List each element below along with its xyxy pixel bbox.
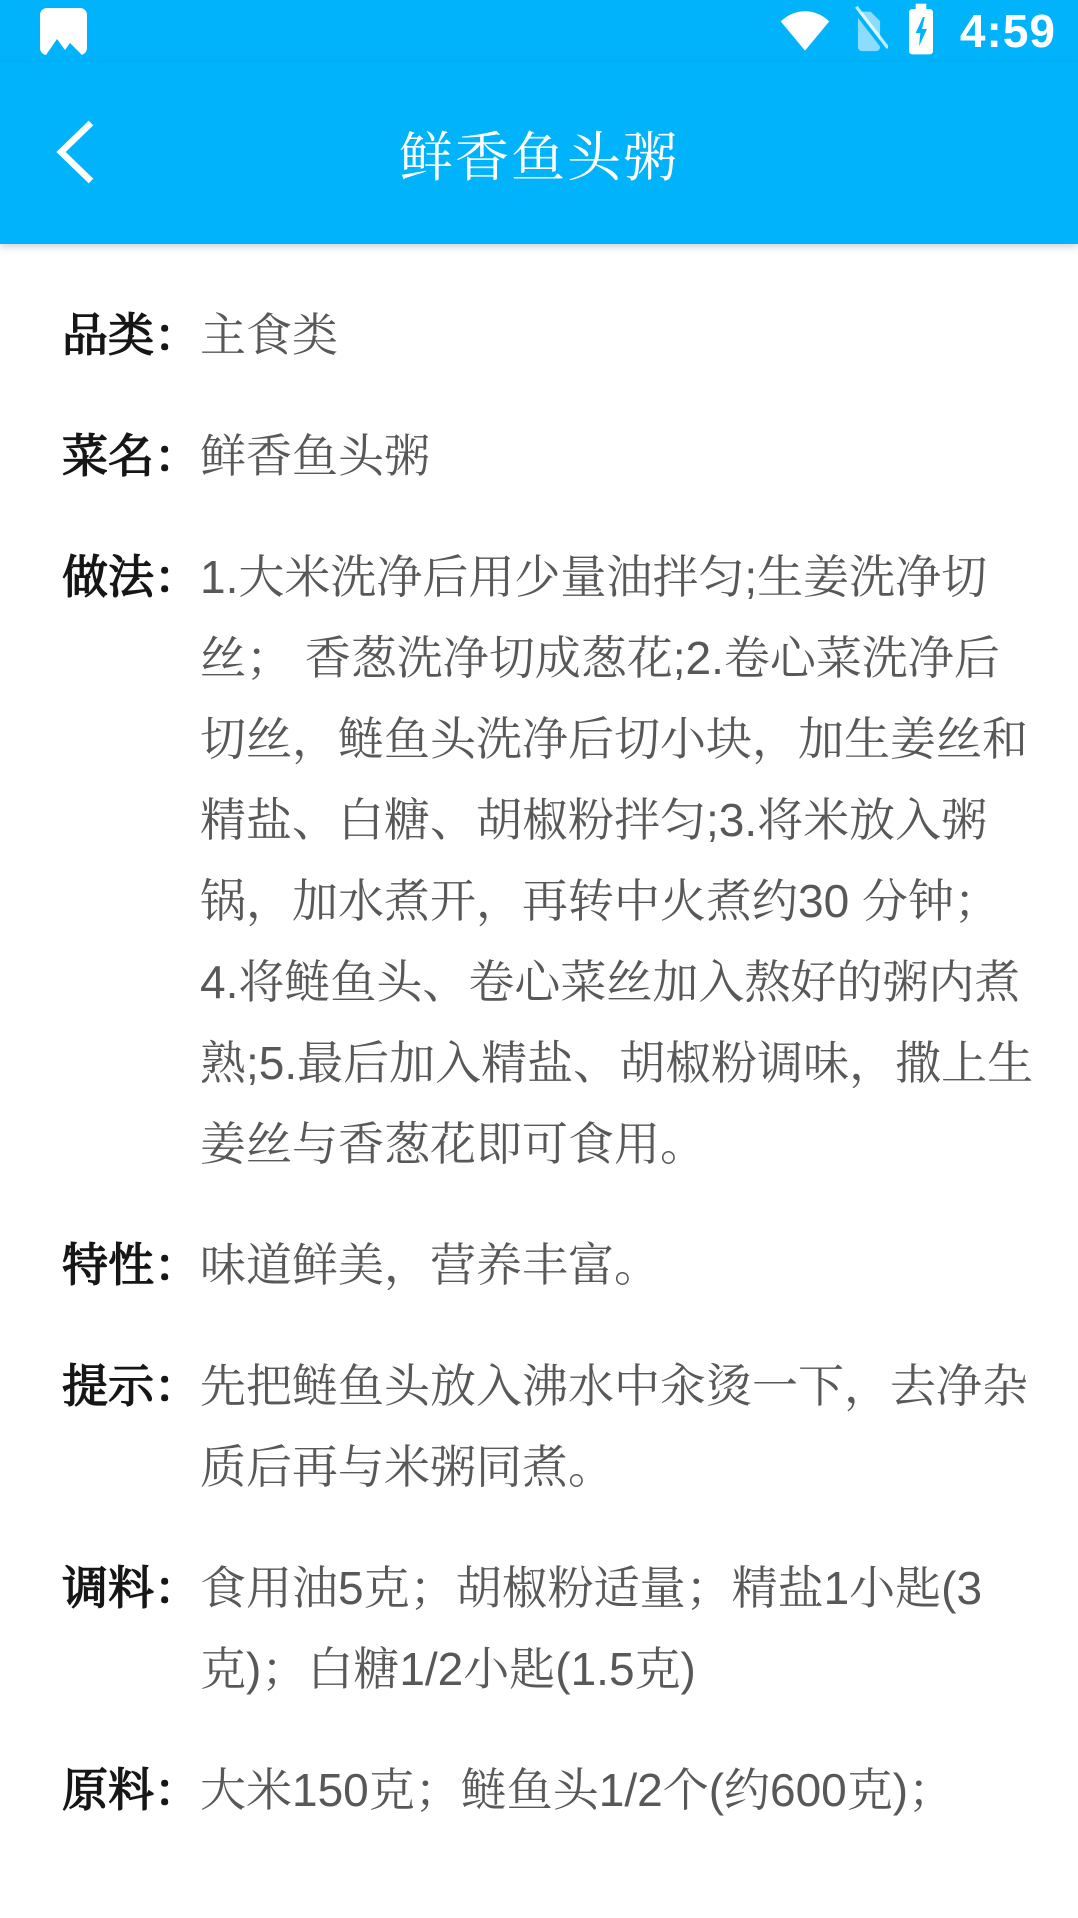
back-chevron-icon	[47, 115, 105, 192]
recipe-section-2: 做法： 1.大米洗净后用少量油拌匀;生姜洗净切丝； 香葱洗净切成葱花;2.卷心菜…	[62, 537, 1035, 1185]
field-value: 味道鲜美，营养丰富。	[200, 1225, 1035, 1306]
page-title: 鲜香鱼头粥	[399, 115, 679, 192]
recipe-section-3: 特性： 味道鲜美，营养丰富。	[62, 1225, 1035, 1306]
field-label: 提示：	[62, 1346, 200, 1427]
field-value: 大米150克；鲢鱼头1/2个(约600克)；	[200, 1750, 1035, 1831]
photo-notification-icon	[40, 8, 87, 55]
field-value: 1.大米洗净后用少量油拌匀;生姜洗净切丝； 香葱洗净切成葱花;2.卷心菜洗净后切…	[200, 537, 1035, 1185]
field-label: 特性：	[62, 1225, 200, 1306]
field-label: 品类：	[62, 295, 200, 376]
recipe-section-5: 调料： 食用油5克；胡椒粉适量；精盐1小匙(3克)；白糖1/2小匙(1.5克)	[62, 1548, 1035, 1710]
battery-charging-icon	[905, 1, 937, 62]
field-value: 主食类	[200, 295, 1035, 376]
status-time: 4:59	[960, 0, 1056, 62]
field-label: 做法：	[62, 537, 200, 618]
recipe-detail-scroll-area[interactable]: 品类： 主食类 菜名： 鲜香鱼头粥 做法： 1.大米洗净后用少量油拌匀;生姜洗净…	[0, 244, 1078, 1831]
status-bar: 4:59	[0, 0, 1078, 62]
wifi-icon	[777, 2, 833, 61]
recipe-section-4: 提示： 先把鲢鱼头放入沸水中汆烫一下，去净杂质后再与米粥同煮。	[62, 1346, 1035, 1508]
back-button[interactable]	[40, 112, 112, 194]
field-value: 先把鲢鱼头放入沸水中汆烫一下，去净杂质后再与米粥同煮。	[200, 1346, 1035, 1508]
no-sim-icon	[850, 4, 888, 59]
recipe-section-6: 原料： 大米150克；鲢鱼头1/2个(约600克)；	[62, 1750, 1035, 1831]
app-header: 鲜香鱼头粥	[0, 62, 1078, 244]
field-label: 原料：	[62, 1750, 200, 1831]
field-value: 鲜香鱼头粥	[200, 416, 1035, 497]
field-label: 调料：	[62, 1548, 200, 1629]
recipe-section-0: 品类： 主食类	[62, 295, 1035, 376]
recipe-section-1: 菜名： 鲜香鱼头粥	[62, 416, 1035, 497]
field-value: 食用油5克；胡椒粉适量；精盐1小匙(3克)；白糖1/2小匙(1.5克)	[200, 1548, 1035, 1710]
field-label: 菜名：	[62, 416, 200, 497]
